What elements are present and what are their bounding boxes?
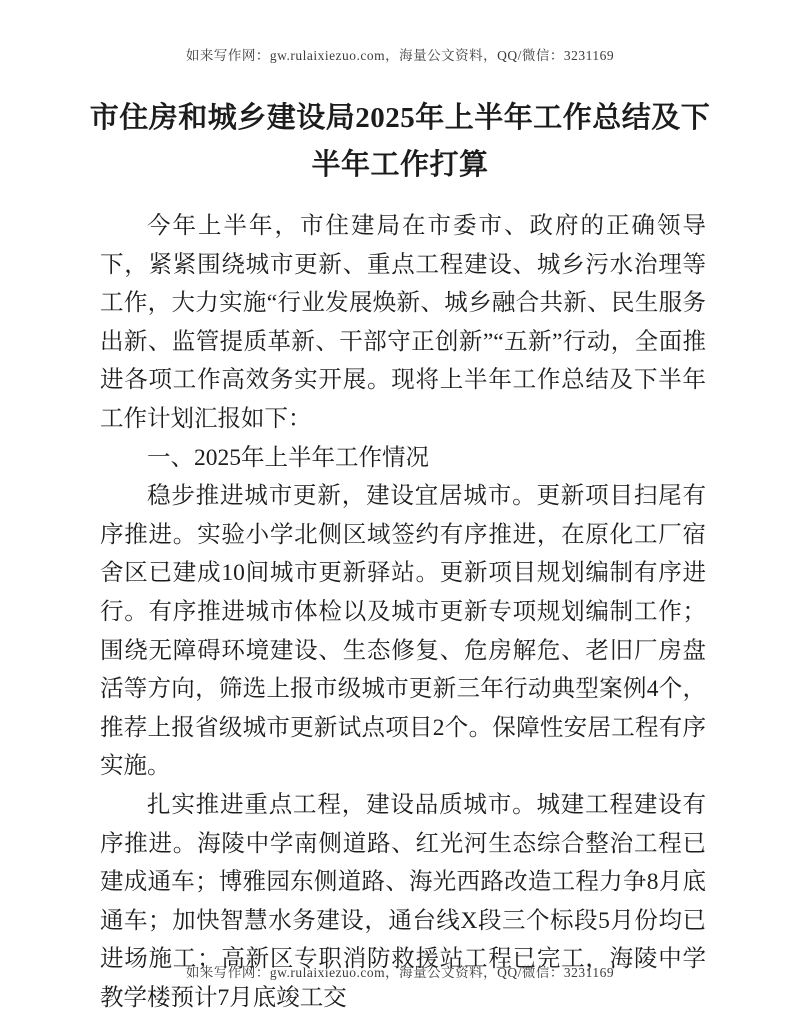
document-title: 市住房和城乡建设局2025年上半年工作总结及下半年工作打算 xyxy=(0,0,800,207)
document-body: 今年上半年，市住建局在市委市、政府的正确领导下，紧紧围绕城市更新、重点工程建设、… xyxy=(0,207,800,1017)
body-paragraph: 今年上半年，市住建局在市委市、政府的正确领导下，紧紧围绕城市更新、重点工程建设、… xyxy=(100,207,706,439)
body-paragraph: 稳步推进城市更新，建设宜居城市。更新项目扫尾有序推进。实验小学北侧区域签约有序推… xyxy=(100,477,706,786)
footer-watermark: 如来写作网：gw.rulaixiezuo.com，海量公文资料，QQ/微信：32… xyxy=(0,961,800,981)
section-heading: 一、2025年上半年工作情况 xyxy=(100,439,706,478)
document-page: 如来写作网：gw.rulaixiezuo.com，海量公文资料，QQ/微信：32… xyxy=(0,0,800,1035)
body-paragraph: 扎实推进重点工程，建设品质城市。城建工程建设有序推进。海陵中学南侧道路、红光河生… xyxy=(100,786,706,1018)
header-watermark: 如来写作网：gw.rulaixiezuo.com，海量公文资料，QQ/微信：32… xyxy=(0,44,800,64)
